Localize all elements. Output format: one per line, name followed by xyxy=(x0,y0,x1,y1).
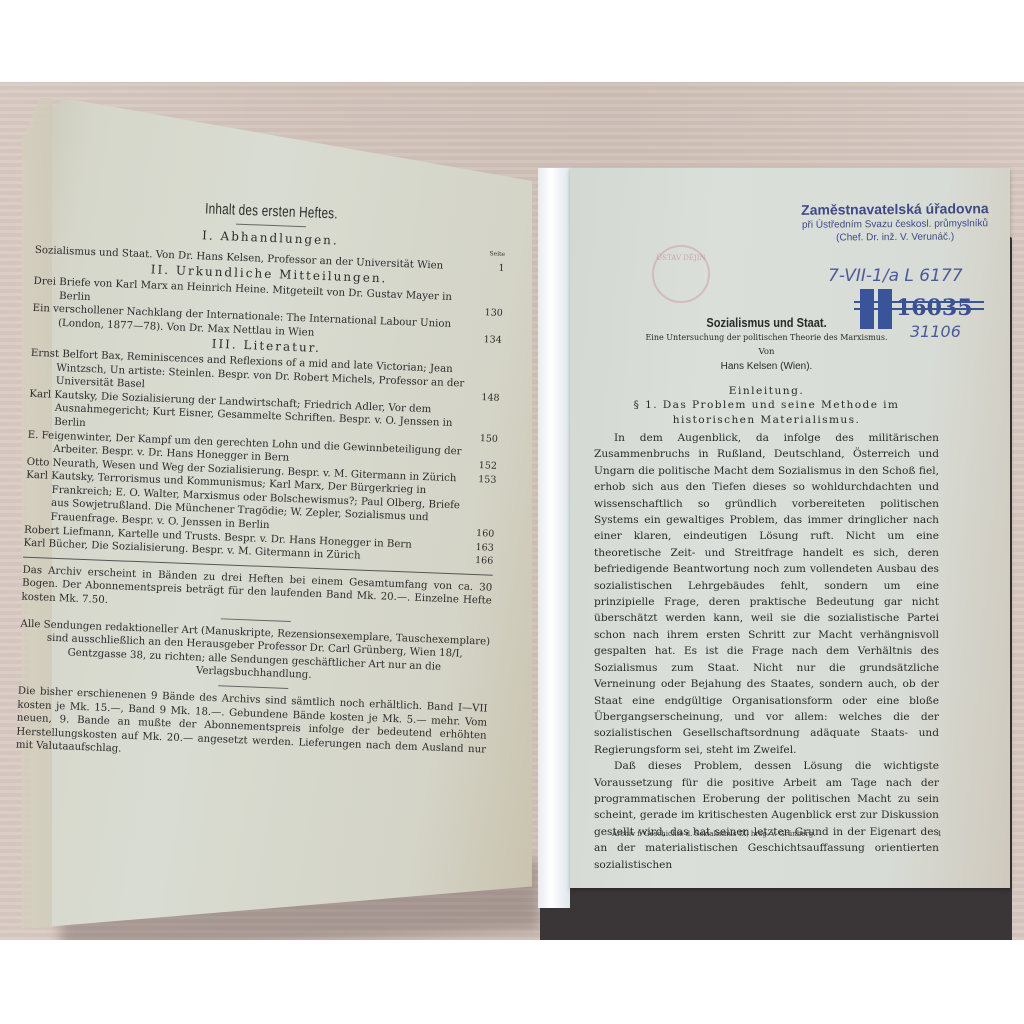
handwritten-reference: 7-VII-1/a L 6177 xyxy=(828,266,963,286)
body-paragraph: Daß dieses Problem, dessen Lösung die wi… xyxy=(594,758,939,873)
divider xyxy=(236,223,306,227)
body-paragraph: In dem Augenblick, da infolge des militä… xyxy=(594,430,939,758)
footer-text: Archiv f. Geschichte d. Sozialismus IX, … xyxy=(612,830,816,838)
section-title: Einleitung. xyxy=(594,384,939,398)
toc-entry-page: 134 xyxy=(473,333,502,348)
stamp-line-1: Zaměstnavatelská úřadovna xyxy=(780,199,1010,219)
toc-entry-page: 130 xyxy=(475,305,504,320)
table-of-contents: Inhalt des ersten Heftes. I. Abhandlunge… xyxy=(16,116,510,771)
toc-entry-page: 150 xyxy=(470,432,499,447)
article-von: Von xyxy=(594,344,939,360)
article-author: Hans Kelsen (Wien). xyxy=(594,360,939,374)
round-stamp-text: ÚSTAV DĚJIN xyxy=(654,253,708,263)
divider xyxy=(218,685,288,689)
toc-entry-page: 160 xyxy=(466,527,495,542)
strike-lines xyxy=(854,301,984,303)
office-stamp: Zaměstnavatelská úřadovna při Ústředním … xyxy=(780,199,1010,245)
stamp-line-2: při Ústředním Svazu českosl. průmyslníků xyxy=(780,217,1010,232)
toc-entry-page: 163 xyxy=(466,540,495,555)
article: Sozialismus und Staat. Eine Untersuchung… xyxy=(594,315,939,873)
toc-entry-page: 148 xyxy=(471,391,500,406)
page-number: 1 xyxy=(938,830,942,838)
book-spine xyxy=(538,168,570,908)
toc-title: Inhalt des ersten Heftes. xyxy=(88,198,455,226)
toc-entry-page: 152 xyxy=(469,459,498,474)
toc-entry-page: 166 xyxy=(465,554,494,569)
toc-entry-page: 1 xyxy=(476,261,505,276)
round-library-stamp: ÚSTAV DĚJIN xyxy=(652,245,710,303)
toc-entry-page: 153 xyxy=(468,472,497,487)
notice-submissions: Alle Sendungen redaktioneller Art (Manus… xyxy=(19,617,491,689)
page-footer: Archiv f. Geschichte d. Sozialismus IX, … xyxy=(612,830,942,838)
notice-subscription: Das Archiv erscheint in Bänden zu drei H… xyxy=(21,557,492,623)
article-title: Sozialismus und Staat. xyxy=(620,315,913,331)
paragraph-heading: § 1. Das Problem und seine Methode im hi… xyxy=(594,398,939,428)
article-subtitle: Eine Untersuchung der politischen Theori… xyxy=(594,332,939,344)
stamp-line-3: (Chef. Dr. inž. V. Verunáč.) xyxy=(780,230,1010,245)
divider xyxy=(221,618,291,622)
